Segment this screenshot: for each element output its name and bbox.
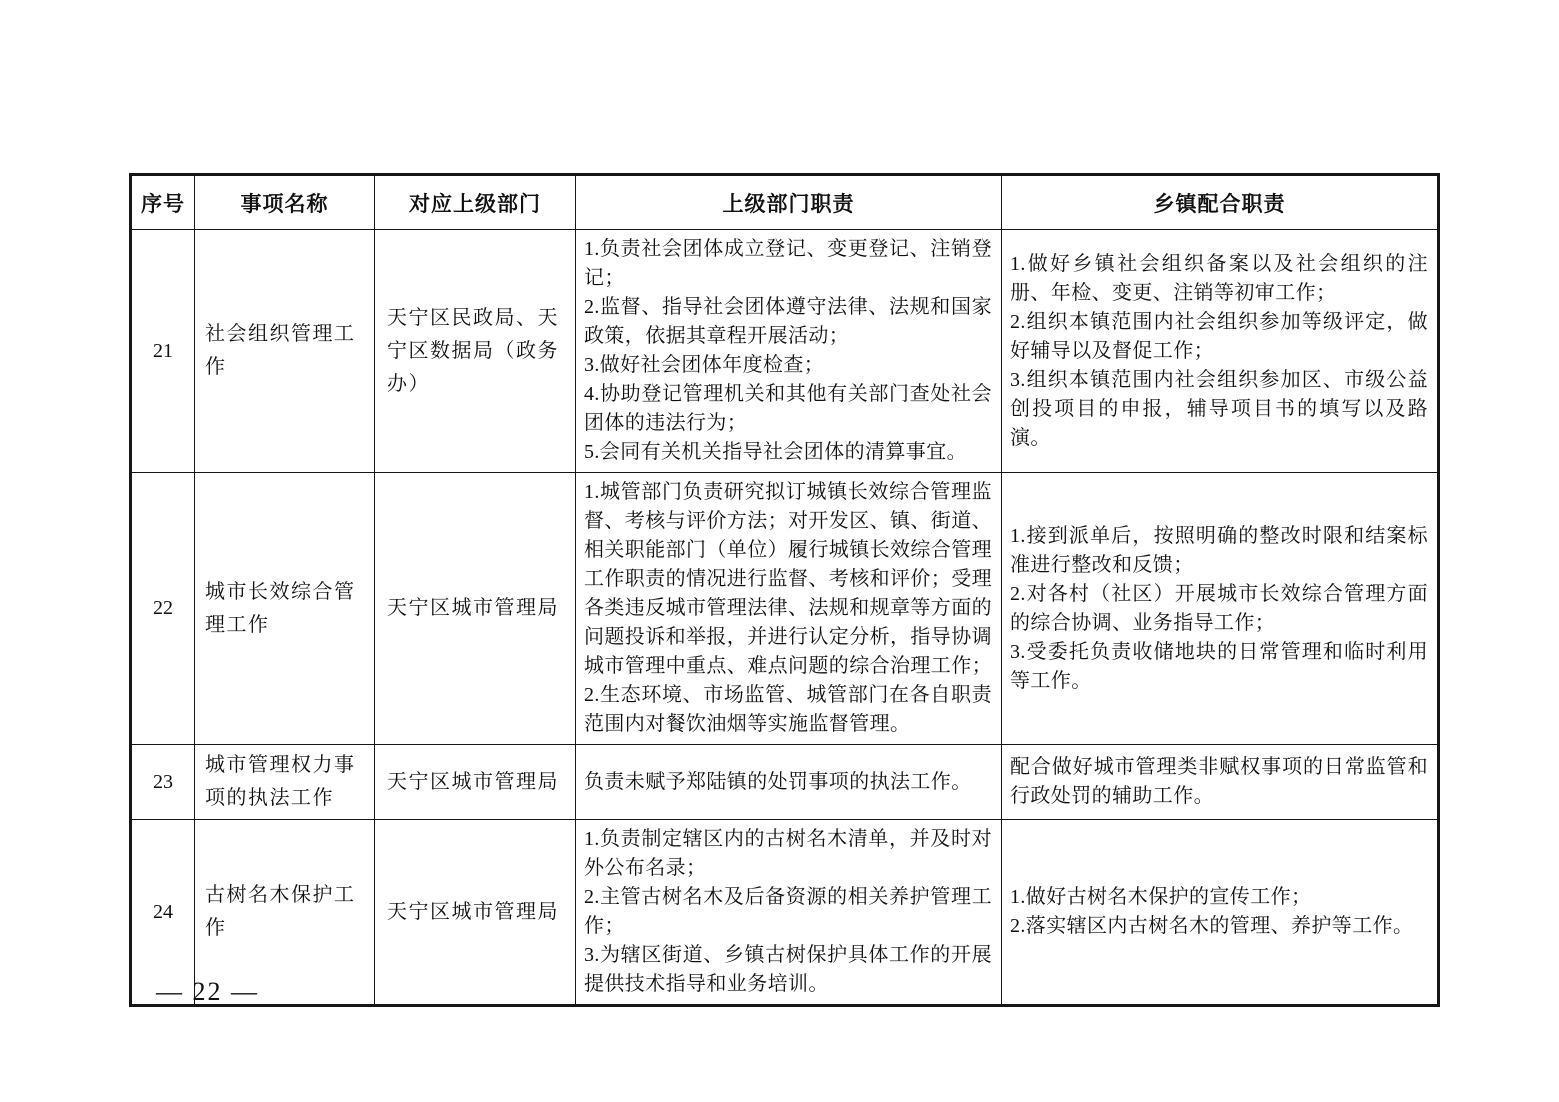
cell-township-duties: 1.接到派单后，按照明确的整改时限和结案标准进行整改和反馈； 2.对各村（社区）… [1002, 473, 1439, 745]
duty-item: 负责未赋予郑陆镇的处罚事项的执法工作。 [584, 768, 992, 797]
duty-item: 1.城管部门负责研究拟订城镇长效综合管理监督、考核与评价方法；对开发区、镇、街道… [584, 478, 992, 681]
duty-item: 2.落实辖区内古树名木的管理、养护等工作。 [1010, 912, 1428, 941]
cell-superior-duties: 1.负责制定辖区内的古树名木清单，并及时对外公布名录； 2.主管古树名木及后备资… [576, 820, 1002, 1006]
duty-item: 2.生态环境、市场监管、城管部门在各自职责范围内对餐饮油烟等实施监督管理。 [584, 681, 992, 739]
cell-serial-number: 21 [131, 230, 195, 473]
duty-item: 1.负责社会团体成立登记、变更登记、注销登记； [584, 235, 992, 293]
cell-item-name: 城市长效综合管理工作 [195, 473, 375, 745]
cell-item-name: 社会组织管理工作 [195, 230, 375, 473]
cell-superior-duties: 负责未赋予郑陆镇的处罚事项的执法工作。 [576, 745, 1002, 820]
duties-table: 序号 事项名称 对应上级部门 上级部门职责 乡镇配合职责 21 社会组织管理工作… [129, 173, 1440, 1007]
duty-item: 1.负责制定辖区内的古树名木清单，并及时对外公布名录； [584, 825, 992, 883]
duty-item: 2.对各村（社区）开展城市长效综合管理方面的综合协调、业务指导工作； [1010, 580, 1428, 638]
duty-item: 2.组织本镇范围内社会组织参加等级评定，做好辅导以及督促工作； [1010, 308, 1428, 366]
header-township-duties: 乡镇配合职责 [1002, 175, 1439, 230]
duty-item: 3.做好社会团体年度检查； [584, 351, 992, 380]
duty-item: 1.接到派单后，按照明确的整改时限和结案标准进行整改和反馈； [1010, 522, 1428, 580]
cell-serial-number: 22 [131, 473, 195, 745]
duty-item: 5.会同有关机关指导社会团体的清算事宜。 [584, 438, 992, 467]
cell-superior-department: 天宁区城市管理局 [375, 820, 576, 1006]
duty-item: 1.做好古树名木保护的宣传工作； [1010, 883, 1428, 912]
cell-item-name: 城市管理权力事项的执法工作 [195, 745, 375, 820]
table-row: 24 古树名木保护工作 天宁区城市管理局 1.负责制定辖区内的古树名木清单，并及… [131, 820, 1439, 1006]
cell-township-duties: 1.做好古树名木保护的宣传工作； 2.落实辖区内古树名木的管理、养护等工作。 [1002, 820, 1439, 1006]
header-superior-duties: 上级部门职责 [576, 175, 1002, 230]
table-row: 22 城市长效综合管理工作 天宁区城市管理局 1.城管部门负责研究拟订城镇长效综… [131, 473, 1439, 745]
duty-item: 3.组织本镇范围内社会组织参加区、市级公益创投项目的申报，辅导项目书的填写以及路… [1010, 366, 1428, 453]
duty-item: 4.协助登记管理机关和其他有关部门查处社会团体的违法行为； [584, 380, 992, 438]
cell-township-duties: 1.做好乡镇社会组织备案以及社会组织的注册、年检、变更、注销等初审工作； 2.组… [1002, 230, 1439, 473]
table-header-row: 序号 事项名称 对应上级部门 上级部门职责 乡镇配合职责 [131, 175, 1439, 230]
cell-superior-department: 天宁区城市管理局 [375, 745, 576, 820]
duty-item: 3.为辖区街道、乡镇古树保护具体工作的开展提供技术指导和业务培训。 [584, 941, 992, 999]
page-number: — 22 — [156, 977, 259, 1007]
header-item-name: 事项名称 [195, 175, 375, 230]
duty-item: 配合做好城市管理类非赋权事项的日常监管和行政处罚的辅助工作。 [1010, 753, 1428, 811]
cell-superior-duties: 1.负责社会团体成立登记、变更登记、注销登记； 2.监督、指导社会团体遵守法律、… [576, 230, 1002, 473]
header-superior-department: 对应上级部门 [375, 175, 576, 230]
duty-item: 1.做好乡镇社会组织备案以及社会组织的注册、年检、变更、注销等初审工作； [1010, 250, 1428, 308]
duty-item: 2.监督、指导社会团体遵守法律、法规和国家政策，依据其章程开展活动； [584, 293, 992, 351]
cell-superior-department: 天宁区城市管理局 [375, 473, 576, 745]
cell-serial-number: 23 [131, 745, 195, 820]
table-row: 23 城市管理权力事项的执法工作 天宁区城市管理局 负责未赋予郑陆镇的处罚事项的… [131, 745, 1439, 820]
header-serial-number: 序号 [131, 175, 195, 230]
cell-township-duties: 配合做好城市管理类非赋权事项的日常监管和行政处罚的辅助工作。 [1002, 745, 1439, 820]
document-page: 序号 事项名称 对应上级部门 上级部门职责 乡镇配合职责 21 社会组织管理工作… [0, 0, 1559, 1102]
cell-superior-duties: 1.城管部门负责研究拟订城镇长效综合管理监督、考核与评价方法；对开发区、镇、街道… [576, 473, 1002, 745]
duty-item: 3.受委托负责收储地块的日常管理和临时利用等工作。 [1010, 638, 1428, 696]
duty-item: 2.主管古树名木及后备资源的相关养护管理工作； [584, 883, 992, 941]
cell-superior-department: 天宁区民政局、天宁区数据局（政务办） [375, 230, 576, 473]
table-row: 21 社会组织管理工作 天宁区民政局、天宁区数据局（政务办） 1.负责社会团体成… [131, 230, 1439, 473]
